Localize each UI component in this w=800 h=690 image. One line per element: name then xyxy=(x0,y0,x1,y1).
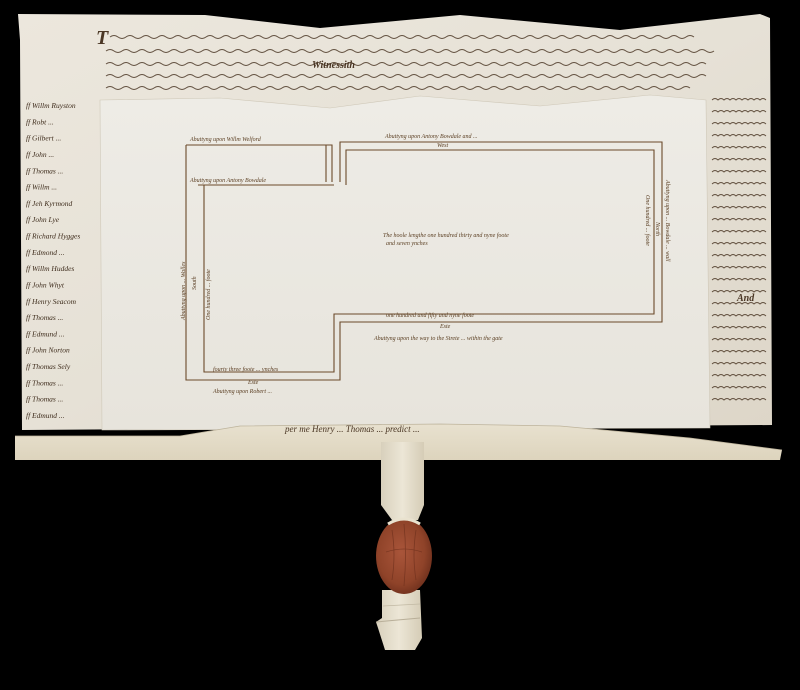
margin-name: ff John Lye xyxy=(26,215,60,224)
label-east-left: Este xyxy=(247,380,259,386)
label-inner-left-top: Abuttyng upon Antony Bowdale xyxy=(189,178,266,184)
label-left-inner: One hundred ... foote xyxy=(205,269,212,320)
label-east-right: Este xyxy=(439,324,451,330)
right-margin-and: And xyxy=(736,293,755,304)
margin-name: ff Richard Hygges xyxy=(26,232,80,241)
label-bottom-left-abut: Abuttyng upon Robert ... xyxy=(212,389,272,395)
label-bottom-right-abut: Abuttyng upon the way to the Strete ... … xyxy=(373,336,503,342)
margin-name: ff Willm ... xyxy=(26,183,57,192)
margin-name: ff Willm Huddes xyxy=(26,264,74,273)
margin-name: ff Edmund ... xyxy=(26,329,65,338)
margin-name: ff Thomas Sely xyxy=(26,362,71,371)
label-west: West xyxy=(437,143,448,149)
margin-name: ff Robt ... xyxy=(26,117,54,126)
label-left-outer: Abuttyng upon ... Walles xyxy=(181,261,187,321)
label-right-outer: Abuttyng upon ... Bowdale ... wall xyxy=(664,179,670,262)
margin-name: ff Gilbert ... xyxy=(26,134,61,143)
label-right-mid: North xyxy=(654,221,660,236)
margin-name: ff Thomas ... xyxy=(26,395,63,404)
label-bottom-right-measure: one hundred and fifty and nyne foote xyxy=(386,312,474,319)
margin-name: ff Willm Ruyston xyxy=(26,101,76,110)
seal-tag xyxy=(381,442,424,520)
margin-name: ff Edmund ... xyxy=(26,411,65,420)
manuscript-illustration: T Witnessith ff Willm Ruystonff Robt ...… xyxy=(0,0,800,690)
margin-name: ff Thomas ... xyxy=(26,166,63,175)
witnessith-word: Witnessith xyxy=(312,60,355,71)
label-center-1: The hoole lengthe one hundred thirty and… xyxy=(383,232,509,239)
label-top-right: Abuttyng upon Antony Bowdale and ... xyxy=(384,134,478,140)
endorsement-text: per me Henry ... Thomas ... predict ... xyxy=(284,424,420,434)
margin-name: ff Henry Seacom xyxy=(26,297,77,306)
label-bottom-left-measure: fourty three foote ... ynches xyxy=(213,366,279,373)
margin-name: ff Thomas ... xyxy=(26,378,63,387)
manuscript-photo: T Witnessith ff Willm Ruystonff Robt ...… xyxy=(0,0,800,690)
margin-name: ff Thomas ... xyxy=(26,313,63,322)
label-left-mid: South xyxy=(192,276,198,290)
label-center-2: and seven ynches xyxy=(386,241,428,247)
margin-name: ff Jeh Kyrmond xyxy=(26,199,72,208)
margin-name: ff John Whyt xyxy=(26,281,65,290)
label-right-inner: One hundred ... foote xyxy=(644,195,651,246)
margin-name: ff John ... xyxy=(26,150,54,159)
initial-letter: T xyxy=(96,27,109,49)
margin-name: ff Edmond ... xyxy=(26,248,65,257)
label-top-left: Abuttyng upon Willm Welford xyxy=(189,136,262,143)
margin-name: ff John Norton xyxy=(26,346,70,355)
